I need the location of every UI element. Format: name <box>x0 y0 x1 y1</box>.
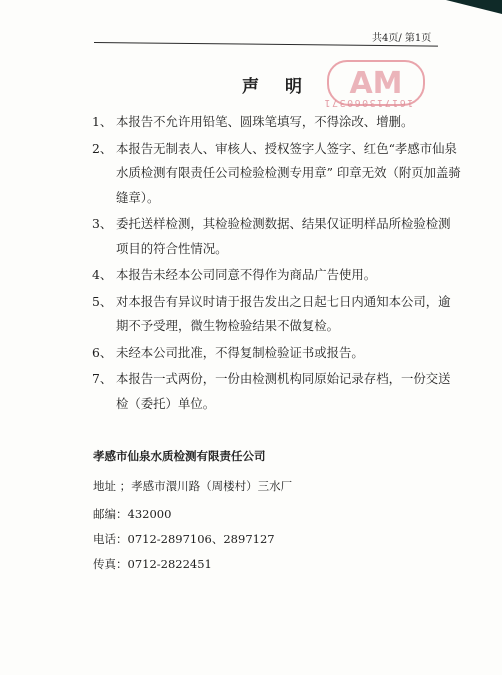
company-address: 地址 ；孝感市澴川路（周楼村）三水厂 <box>93 478 292 494</box>
page-counter: 共4页/ 第1页 <box>372 29 431 44</box>
clause-5: 5、 对本报告有异议时请于报告发出之日起七日内通知本公司，逾期不予受理，微生物检… <box>92 290 462 339</box>
company-postcode: 邮编：432000 <box>93 506 171 522</box>
stamp-label: AM <box>349 66 402 101</box>
page-title: 声明 <box>242 72 328 97</box>
declaration-list: 1、 本报告不允许用铅笔、圆珠笔填写，不得涂改、增删。 2、 本报告无制表人、审… <box>92 110 462 418</box>
clause-3: 3、 委托送样检测，其检验检测数据、结果仅证明样品所检验检测项目的符合性情况。 <box>92 212 462 261</box>
company-phone: 电话：0712-2897106、2897127 <box>93 531 275 547</box>
scan-corner-fold <box>446 0 502 14</box>
clause-1: 1、 本报告不允许用铅笔、圆珠笔填写，不得涂改、增删。 <box>92 110 462 135</box>
clause-6: 6、 未经本公司批准，不得复制检验证书或报告。 <box>92 341 462 366</box>
clause-7: 7、 本报告一式两份，一份由检测机构同原始记录存档，一份交送检（委托）单位。 <box>92 367 462 416</box>
stamp-number: 161713060371 <box>323 97 413 108</box>
company-fax: 传真：0712-2822451 <box>93 556 212 572</box>
company-name: 孝感市仙泉水质检测有限责任公司 <box>93 448 266 464</box>
clause-2: 2、 本报告无制表人、审核人、授权签字人签字、红色“孝感市仙泉水质检测有限责任公… <box>92 137 462 211</box>
clause-4: 4、 本报告未经本公司同意不得作为商品广告使用。 <box>92 263 462 288</box>
